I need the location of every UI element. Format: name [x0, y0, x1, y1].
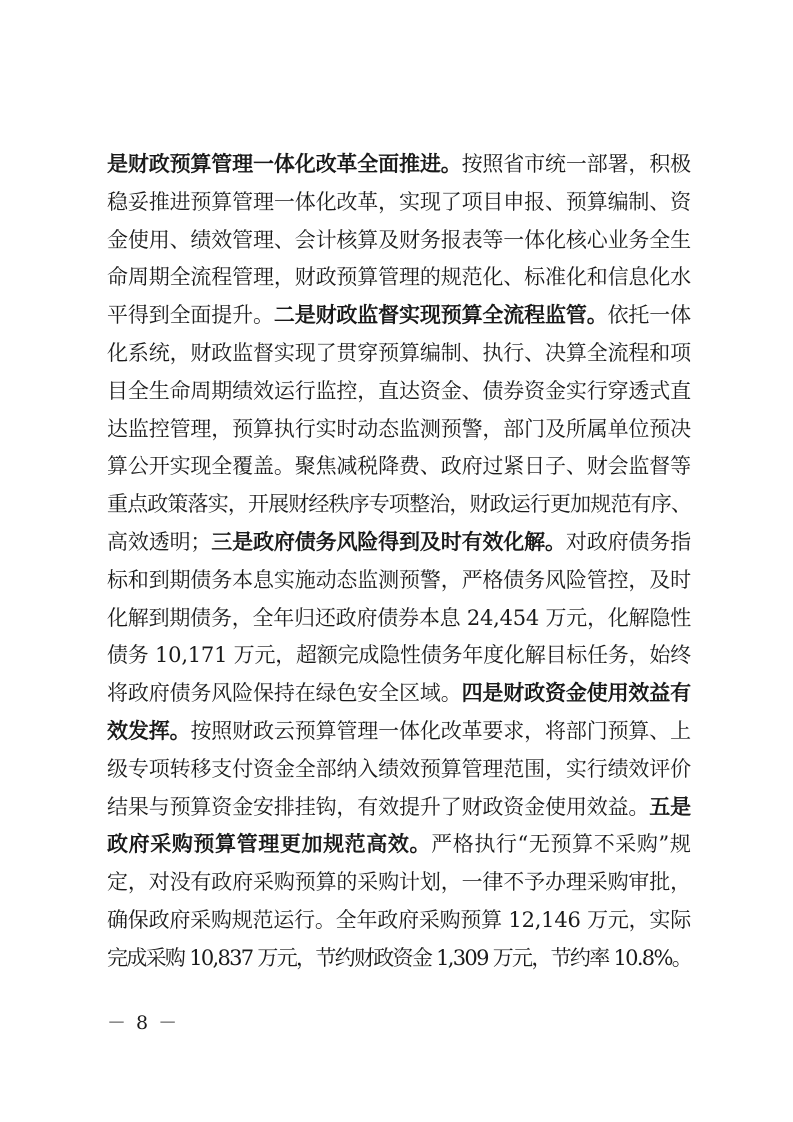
- text-line: 化系统，财政监督实现了贯穿预算编制、执行、决算全流程和项: [107, 335, 691, 373]
- body-text: 高效透明；: [107, 530, 211, 554]
- text-line: 金使用、绩效管理、会计核算及财务报表等一体化核心业务全生: [107, 222, 691, 260]
- text-line: 目全生命周期绩效运行监控，直达资金、债券资金实行穿透式直: [107, 373, 691, 411]
- bold-heading-text: 政府采购预算管理更加规范高效。: [107, 832, 431, 856]
- bold-heading-text: 五是: [649, 795, 691, 819]
- text-line: 效发挥。按照财政云预算管理一体化改革要求，将部门预算、上: [107, 713, 691, 751]
- bold-heading-text: 四是财政资金使用效益有: [462, 681, 691, 705]
- body-text: 按照财政云预算管理一体化改革要求，将部门预算、上: [190, 719, 691, 743]
- body-text: 化解到期债务，全年归还政府债券本息 24,454 万元，化解隐性: [107, 606, 691, 630]
- text-line: 化解到期债务，全年归还政府债券本息 24,454 万元，化解隐性: [107, 600, 691, 638]
- body-text: 命周期全流程管理，财政预算管理的规范化、标准化和信息化水: [107, 265, 691, 289]
- body-text: 目全生命周期绩效运行监控，直达资金、债券资金实行穿透式直: [107, 379, 691, 403]
- bold-heading-text: 二是财政监督实现预算全流程监管。: [274, 303, 608, 327]
- text-line: 确保政府采购规范运行。全年政府采购预算 12,146 万元，实际: [107, 902, 691, 940]
- body-text: 将政府债务风险保持在绿色安全区域。: [107, 681, 462, 705]
- text-line: 是财政预算管理一体化改革全面推进。按照省市统一部署，积极: [107, 146, 691, 184]
- text-line: 命周期全流程管理，财政预算管理的规范化、标准化和信息化水: [107, 259, 691, 297]
- body-text: 平得到全面提升。: [107, 303, 274, 327]
- text-line: 完成采购 10,837 万元，节约财政资金 1,309 万元，节约率 10.8%…: [107, 940, 691, 978]
- page-number: － 8 －: [107, 1008, 179, 1035]
- body-text: 定，对没有政府采购预算的采购计划，一律不予办理采购审批，: [107, 870, 691, 894]
- text-line: 定，对没有政府采购预算的采购计划，一律不予办理采购审批，: [107, 864, 691, 902]
- body-text: 重点政策落实，开展财经秩序专项整治，财政运行更加规范有序、: [107, 492, 691, 516]
- text-line: 高效透明；三是政府债务风险得到及时有效化解。对政府债务指: [107, 524, 691, 562]
- body-text: 级专项转移支付资金全部纳入绩效预算管理范围，实行绩效评价: [107, 757, 691, 781]
- body-text: 达监控管理，预算执行实时动态监测预警，部门及所属单位预决: [107, 417, 691, 441]
- document-page: 是财政预算管理一体化改革全面推进。按照省市统一部署，积极稳妥推进预算管理一体化改…: [0, 0, 793, 1122]
- body-text: 完成采购 10,837 万元，节约财政资金 1,309 万元，节约率 10.8%…: [107, 946, 691, 970]
- text-line: 重点政策落实，开展财经秩序专项整治，财政运行更加规范有序、: [107, 486, 691, 524]
- body-text: 债务 10,171 万元，超额完成隐性债务年度化解目标任务，始终: [107, 643, 691, 667]
- body-text: 确保政府采购规范运行。全年政府采购预算 12,146 万元，实际: [107, 908, 691, 932]
- text-line: 标和到期债务本息实施动态监测预警，严格债务风险管控，及时: [107, 562, 691, 600]
- bold-heading-text: 是财政预算管理一体化改革全面推进。: [107, 152, 462, 176]
- body-text: 金使用、绩效管理、会计核算及财务报表等一体化核心业务全生: [107, 228, 691, 252]
- body-text: 化系统，财政监督实现了贯穿预算编制、执行、决算全流程和项: [107, 341, 691, 365]
- body-text: 对政府债务指: [566, 530, 691, 554]
- text-line: 稳妥推进预算管理一体化改革，实现了项目申报、预算编制、资: [107, 184, 691, 222]
- body-text: 依托一体: [608, 303, 691, 327]
- body-text: 严格执行“无预算不采购”规: [431, 832, 691, 856]
- body-text: 标和到期债务本息实施动态监测预警，严格债务风险管控，及时: [107, 568, 691, 592]
- body-paragraph: 是财政预算管理一体化改革全面推进。按照省市统一部署，积极稳妥推进预算管理一体化改…: [107, 146, 691, 978]
- body-text: 按照省市统一部署，积极: [462, 152, 691, 176]
- text-line: 将政府债务风险保持在绿色安全区域。四是财政资金使用效益有: [107, 675, 691, 713]
- text-line: 政府采购预算管理更加规范高效。严格执行“无预算不采购”规: [107, 826, 691, 864]
- body-text: 算公开实现全覆盖。聚焦减税降费、政府过紧日子、财会监督等: [107, 454, 691, 478]
- bold-heading-text: 三是政府债务风险得到及时有效化解。: [211, 530, 566, 554]
- text-line: 结果与预算资金安排挂钩，有效提升了财政资金使用效益。五是: [107, 789, 691, 827]
- text-line: 算公开实现全覆盖。聚焦减税降费、政府过紧日子、财会监督等: [107, 448, 691, 486]
- body-text: 结果与预算资金安排挂钩，有效提升了财政资金使用效益。: [107, 795, 649, 819]
- text-line: 级专项转移支付资金全部纳入绩效预算管理范围，实行绩效评价: [107, 751, 691, 789]
- bold-heading-text: 效发挥。: [107, 719, 190, 743]
- text-line: 达监控管理，预算执行实时动态监测预警，部门及所属单位预决: [107, 411, 691, 449]
- text-line: 债务 10,171 万元，超额完成隐性债务年度化解目标任务，始终: [107, 637, 691, 675]
- body-text: 稳妥推进预算管理一体化改革，实现了项目申报、预算编制、资: [107, 190, 691, 214]
- text-line: 平得到全面提升。二是财政监督实现预算全流程监管。依托一体: [107, 297, 691, 335]
